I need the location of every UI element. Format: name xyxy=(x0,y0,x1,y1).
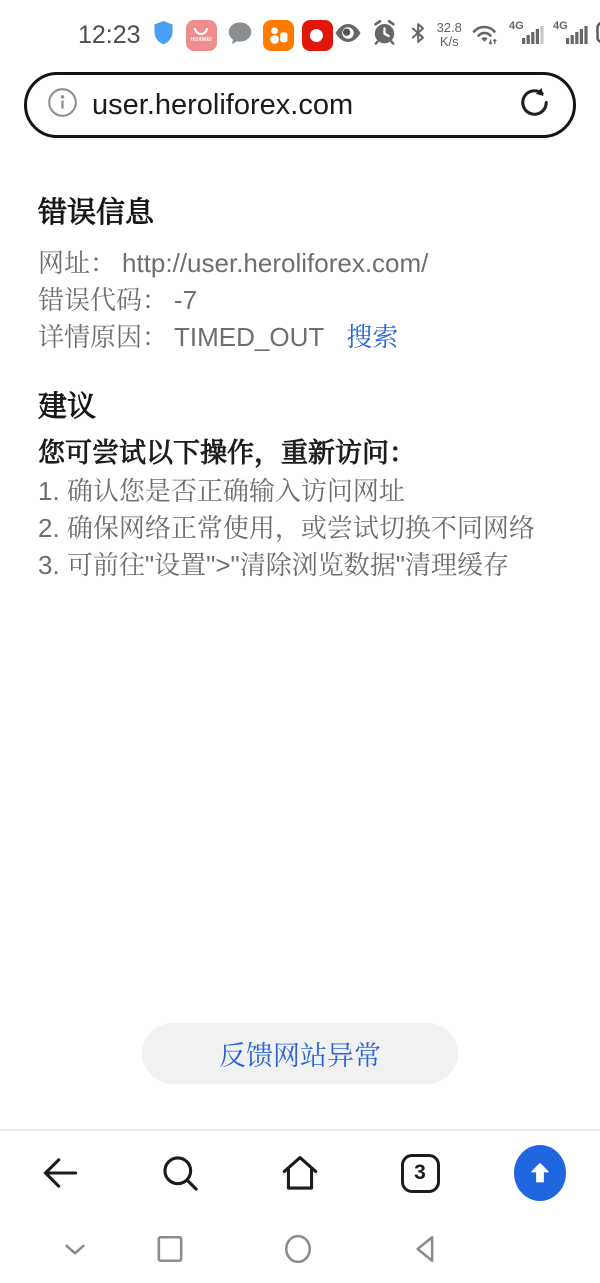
upload-arrow-icon xyxy=(514,1145,566,1201)
eye-comfort-icon xyxy=(333,18,363,53)
tab-count-icon: 3 xyxy=(401,1154,440,1193)
url-value: http://user.heroliforex.com/ xyxy=(122,248,428,278)
suggestion-item: 2. 确保网络正常使用，或尝试切换不同网络 xyxy=(38,510,562,547)
reason-label: 详情原因： xyxy=(38,322,168,352)
tab-count: 3 xyxy=(414,1161,426,1185)
shield-icon xyxy=(149,18,178,52)
code-value: -7 xyxy=(174,285,197,315)
search-error-link[interactable]: 搜索 xyxy=(346,322,398,352)
url-label: 网址： xyxy=(38,248,116,278)
red-app-icon xyxy=(302,20,333,51)
battery-icon xyxy=(596,20,600,51)
error-reason-line: 详情原因：TIMED_OUT搜索 xyxy=(38,319,562,356)
recents-square-icon[interactable] xyxy=(150,1229,190,1269)
svg-text:4G: 4G xyxy=(553,20,568,32)
suggestions-intro: 您可尝试以下操作，重新访问： xyxy=(38,433,562,473)
error-url-line: 网址：http://user.heroliforex.com/ xyxy=(38,245,562,282)
home-button[interactable] xyxy=(274,1147,326,1199)
back-triangle-icon[interactable] xyxy=(406,1229,446,1269)
error-code-line: 错误代码：-7 xyxy=(38,282,562,319)
browser-toolbar: 3 xyxy=(0,1129,600,1215)
home-circle-icon[interactable] xyxy=(278,1229,318,1269)
code-label: 错误代码： xyxy=(38,285,168,315)
quick-access-button[interactable] xyxy=(514,1147,566,1199)
page-info-icon[interactable] xyxy=(47,87,78,123)
tabs-button[interactable]: 3 xyxy=(394,1147,446,1199)
kwai-app-icon xyxy=(263,20,294,51)
reason-value: TIMED_OUT xyxy=(174,322,324,352)
bluetooth-icon xyxy=(406,19,430,52)
android-nav-bar xyxy=(0,1215,600,1283)
error-info-heading: 错误信息 xyxy=(38,190,562,231)
clock-time: 12:23 xyxy=(78,21,141,50)
back-button[interactable] xyxy=(34,1147,86,1199)
url-input[interactable]: user.heroliforex.com xyxy=(92,89,516,122)
signal-icon: 4G xyxy=(552,18,589,53)
reload-icon[interactable] xyxy=(516,84,553,126)
suggestion-item: 3. 可前往"设置">"清除浏览数据"清理缓存 xyxy=(38,547,562,584)
wifi-icon xyxy=(469,18,501,53)
error-page-content: 错误信息 网址：http://user.heroliforex.com/ 错误代… xyxy=(0,190,600,584)
chat-bubble-icon xyxy=(225,18,255,53)
status-bar: 12:23 HUAWEI xyxy=(0,0,600,62)
huawei-app-icon: HUAWEI xyxy=(186,20,217,51)
url-bar[interactable]: user.heroliforex.com xyxy=(24,72,576,138)
search-button[interactable] xyxy=(154,1147,206,1199)
svg-text:4G: 4G xyxy=(509,20,524,32)
suggestions-heading: 建议 xyxy=(38,384,562,425)
alarm-icon xyxy=(370,18,399,52)
signal-icon: 4G xyxy=(508,18,545,53)
hide-navbar-chevron-icon[interactable] xyxy=(55,1229,95,1269)
report-site-problem-button[interactable]: 反馈网站异常 xyxy=(142,1023,458,1084)
network-speed: 32.8 K/s xyxy=(437,21,462,49)
suggestion-item: 1. 确认您是否正确输入访问网址 xyxy=(38,473,562,510)
